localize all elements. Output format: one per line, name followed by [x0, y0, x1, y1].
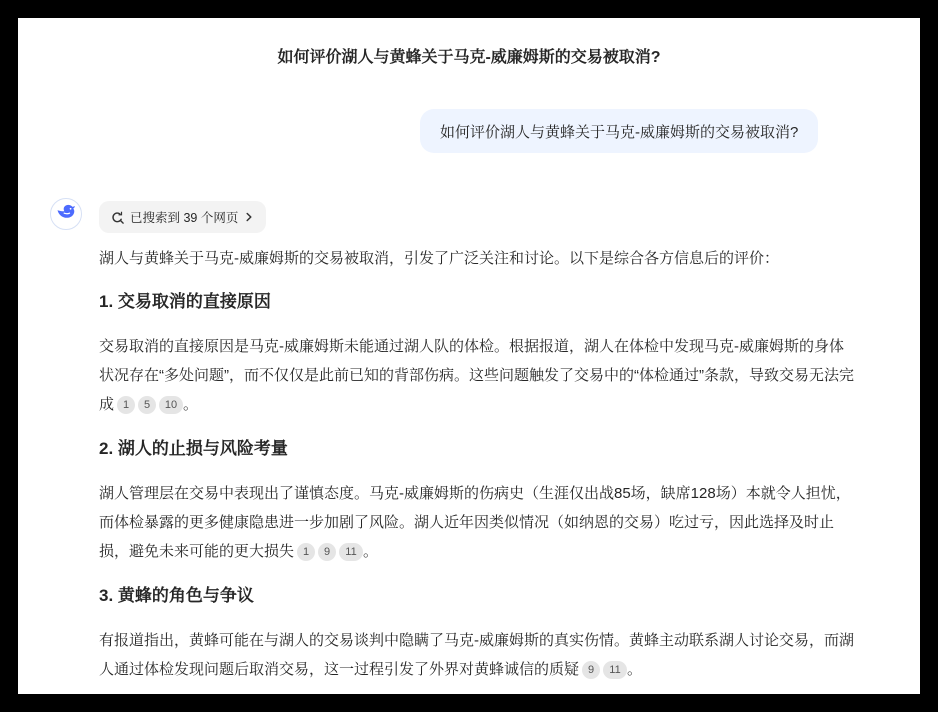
chevron-right-icon [244, 212, 254, 222]
section-text: 有报道指出，黄蜂可能在与湖人的交易谈判中隐瞒了马克-威廉姆斯的真实伤情。黄蜂主动… [99, 632, 854, 678]
assistant-answer: 湖人与黄蜂关于马克-威廉姆斯的交易被取消，引发了广泛关注和讨论。以下是综合各方信… [99, 244, 855, 694]
search-count-label: 已搜索到 39 个网页 [130, 208, 238, 226]
citation-badge[interactable]: 9 [318, 543, 336, 561]
section-body-2: 湖人管理层在交易中表现出了谨慎态度。马克-威廉姆斯的伤病史（生涯仅出战85场，缺… [99, 479, 855, 566]
sentence-end: 。 [183, 396, 198, 413]
chat-window: 如何评价湖人与黄蜂关于马克-威廉姆斯的交易被取消? 如何评价湖人与黄蜂关于马克-… [18, 18, 920, 694]
search-results-toggle[interactable]: 已搜索到 39 个网页 [99, 201, 266, 233]
citation-badge[interactable]: 9 [582, 661, 600, 679]
section-heading-3: 3. 黄蜂的角色与争议 [99, 584, 855, 608]
citation-badge[interactable]: 5 [138, 396, 156, 414]
citation-badge[interactable]: 11 [603, 661, 627, 679]
sentence-end: 。 [627, 661, 642, 678]
answer-intro: 湖人与黄蜂关于马克-威廉姆斯的交易被取消，引发了广泛关注和讨论。以下是综合各方信… [99, 244, 855, 273]
sentence-end: 。 [363, 543, 378, 560]
section-text: 交易取消的直接原因是马克-威廉姆斯未能通过湖人队的体检。根据报道，湖人在体检中发… [99, 338, 854, 413]
section-text: 湖人管理层在交易中表现出了谨慎态度。马克-威廉姆斯的伤病史（生涯仅出战85场，缺… [99, 485, 851, 560]
citation-badge[interactable]: 1 [117, 396, 135, 414]
section-body-1: 交易取消的直接原因是马克-威廉姆斯未能通过湖人队的体检。根据报道，湖人在体检中发… [99, 332, 855, 419]
citation-badge[interactable]: 10 [159, 396, 183, 414]
section-body-3: 有报道指出，黄蜂可能在与湖人的交易谈判中隐瞒了马克-威廉姆斯的真实伤情。黄蜂主动… [99, 626, 855, 684]
assistant-avatar [50, 198, 82, 230]
search-refresh-icon [111, 211, 124, 224]
user-message-text: 如何评价湖人与黄蜂关于马克-威廉姆斯的交易被取消? [440, 121, 798, 142]
section-heading-2: 2. 湖人的止损与风险考量 [99, 437, 855, 461]
citation-badge[interactable]: 1 [297, 543, 315, 561]
page-title: 如何评价湖人与黄蜂关于马克-威廉姆斯的交易被取消? [18, 44, 920, 67]
user-message-bubble: 如何评价湖人与黄蜂关于马克-威廉姆斯的交易被取消? [420, 109, 818, 153]
section-heading-1: 1. 交易取消的直接原因 [99, 290, 855, 314]
citation-badge[interactable]: 11 [339, 543, 363, 561]
whale-logo-icon [56, 204, 76, 225]
